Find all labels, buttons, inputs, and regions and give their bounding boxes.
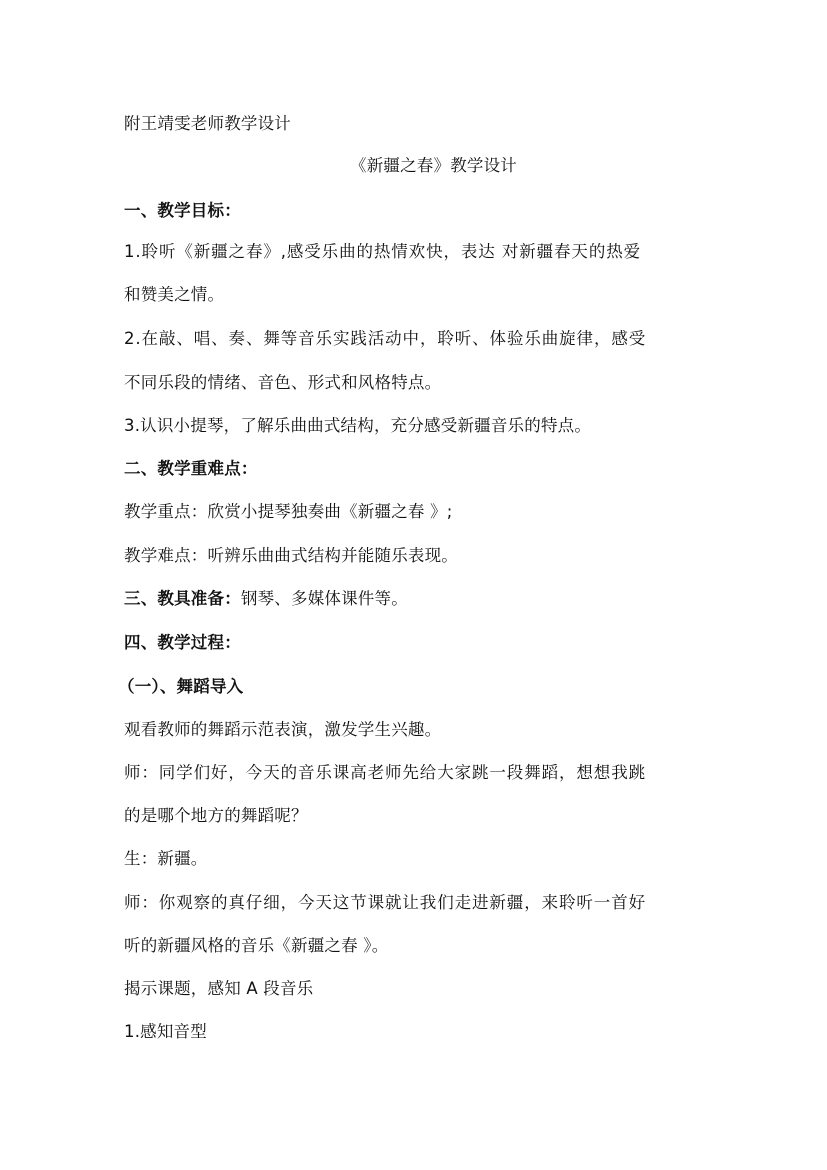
key-point-difficulty: 教学难点：听辨乐曲曲式结构并能随乐表现。: [124, 545, 704, 567]
subsection-heading-dance-intro: （一）、舞蹈导入: [118, 676, 698, 698]
section-heading-goals: 一、教学目标：: [124, 200, 704, 222]
key-point-focus: 教学重点：欣赏小提琴独奏曲《新疆之春 》;: [124, 501, 704, 523]
process-line: 揭示课题，感知 A 段音乐: [124, 978, 704, 1000]
document-page: 附王靖雯老师教学设计 《新疆之春》教学设计 一、教学目标： 1.聆听《新疆之春》…: [0, 0, 827, 1170]
attribution-line: 附王靖雯老师教学设计: [124, 113, 704, 135]
process-line: 师：同学们好，今天的音乐课高老师先给大家跳一段舞蹈，想想我跳: [124, 762, 704, 784]
goal-item: 3.认识小提琴，了解乐曲曲式结构，充分感受新疆音乐的特点。: [124, 415, 704, 437]
materials-text: 钢琴、多媒体课件等。: [241, 589, 408, 608]
process-line: 生：新疆。: [124, 848, 704, 870]
process-line: 的是哪个地方的舞蹈呢？: [124, 805, 704, 827]
process-line: 1.感知音型: [124, 1021, 704, 1043]
process-line: 师：你观察的真仔细，今天这节课就让我们走进新疆，来聆听一首好: [124, 892, 704, 914]
section-heading-process: 四、教学过程：: [124, 632, 704, 654]
goal-item: 1.聆听《新疆之春》,感受乐曲的热情欢快，表达 对新疆春天的热爱: [124, 241, 704, 263]
document-title: 《新疆之春》教学设计: [0, 155, 827, 177]
section-heading-materials: 三、教具准备：: [124, 589, 241, 608]
section-heading-key-points: 二、教学重难点：: [124, 458, 704, 480]
process-line: 观看教师的舞蹈示范表演，激发学生兴趣。: [124, 719, 704, 741]
goal-item: 和赞美之情。: [124, 284, 704, 306]
goal-item: 不同乐段的情绪、音色、形式和风格特点。: [124, 372, 704, 394]
process-line: 听的新疆风格的音乐《新疆之春 》。: [124, 935, 704, 957]
goal-item: 2.在敲、唱、奏、舞等音乐实践活动中，聆听、体验乐曲旋律，感受: [124, 328, 704, 350]
materials-line: 三、教具准备：钢琴、多媒体课件等。: [124, 588, 704, 610]
